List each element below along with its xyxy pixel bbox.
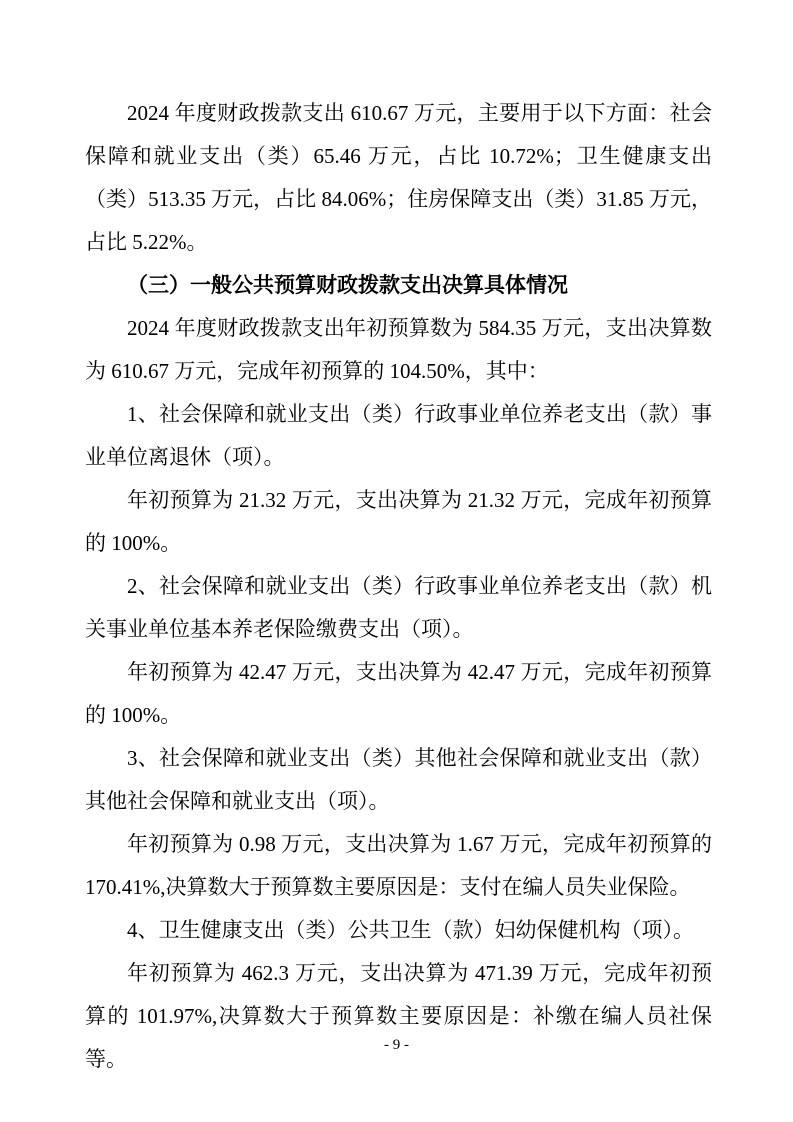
budget-item-detail: 年初预算为 462.3 万元，支出决算为 471.39 万元，完成年初预算的 1… — [85, 952, 712, 1081]
page-number: - 9 - — [0, 1035, 793, 1055]
budget-item-detail: 年初预算为 21.32 万元，支出决算为 21.32 万元，完成年初预算的 10… — [85, 479, 712, 565]
budget-item-title: 3、社会保障和就业支出（类）其他社会保障和就业支出（款）其他社会保障和就业支出（… — [85, 737, 712, 823]
intro-paragraph: 2024 年度财政拨款支出 610.67 万元，主要用于以下方面：社会保障和就业… — [85, 92, 712, 264]
budget-item-2: 2、社会保障和就业支出（类）行政事业单位养老支出（款）机关事业单位基本养老保险缴… — [85, 565, 712, 737]
budget-item-title: 1、社会保障和就业支出（类）行政事业单位养老支出（款）事业单位离退休（项）。 — [85, 393, 712, 479]
document-page: 2024 年度财政拨款支出 610.67 万元，主要用于以下方面：社会保障和就业… — [0, 0, 793, 1122]
overview-paragraph: 2024 年度财政拨款支出年初预算数为 584.35 万元，支出决算数为 610… — [85, 307, 712, 393]
budget-item-title: 4、卫生健康支出（类）公共卫生（款）妇幼保健机构（项）。 — [85, 909, 712, 952]
budget-item-4: 4、卫生健康支出（类）公共卫生（款）妇幼保健机构（项）。 年初预算为 462.3… — [85, 909, 712, 1081]
section-heading: （三）一般公共预算财政拨款支出决算具体情况 — [85, 264, 712, 307]
budget-item-detail: 年初预算为 0.98 万元，支出决算为 1.67 万元，完成年初预算的 170.… — [85, 823, 712, 909]
page-body: 2024 年度财政拨款支出 610.67 万元，主要用于以下方面：社会保障和就业… — [85, 92, 712, 1081]
budget-item-1: 1、社会保障和就业支出（类）行政事业单位养老支出（款）事业单位离退休（项）。 年… — [85, 393, 712, 565]
budget-item-title: 2、社会保障和就业支出（类）行政事业单位养老支出（款）机关事业单位基本养老保险缴… — [85, 565, 712, 651]
budget-item-3: 3、社会保障和就业支出（类）其他社会保障和就业支出（款）其他社会保障和就业支出（… — [85, 737, 712, 909]
budget-item-detail: 年初预算为 42.47 万元，支出决算为 42.47 万元，完成年初预算的 10… — [85, 651, 712, 737]
